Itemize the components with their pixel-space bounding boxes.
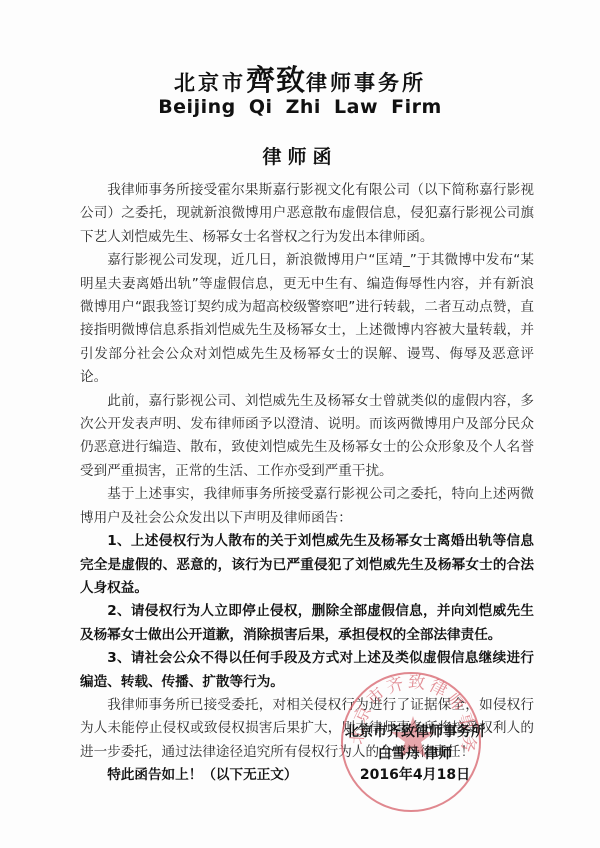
signature-firm: 北京市齐致律师事务所 [320, 722, 510, 744]
firm-name-en: Beijing Qi Zhi Law Firm [0, 96, 600, 118]
paragraph-statement-lead: 基于上述事实，我律师事务所接受嘉行影视公司之委托，特向上述两微博用户及社会公众发… [80, 483, 534, 530]
firm-name-cn: 北京市齊致律师事务所 [0, 58, 600, 99]
paragraph-facts: 嘉行影视公司发现，近几日，新浪微博用户“匡靖_”于其微博中发布“某明星夫妻离婚出… [80, 249, 534, 389]
paragraph-background: 此前，嘉行影视公司、刘恺威先生及杨幂女士曾就类似的虚假内容，多次公开发表声明、发… [80, 390, 534, 484]
signature-block: 北京市齐致律师事务所 白雪丹 律师 2016年4月18日 [320, 722, 510, 787]
demand-item-1: 1、上述侵权行为人散布的关于刘恺威先生及杨幂女士离婚出轨等信息完全是虚假的、恶意… [80, 530, 534, 600]
demand-item-2: 2、请侵权行为人立即停止侵权，删除全部虚假信息，并向刘恺威先生及杨幂女士做出公开… [80, 600, 534, 647]
legal-letter-page: 北京市齊致律师事务所 Beijing Qi Zhi Law Firm 律师函 我… [0, 0, 600, 848]
paragraph-intro: 我律师事务所接受霍尔果斯嘉行影视文化有限公司（以下简称嘉行影视公司）之委托，现就… [80, 179, 534, 249]
firm-name-prefix: 北京市 [174, 71, 246, 95]
signature-lawyer: 白雪丹 律师 [320, 744, 510, 766]
firm-name-emphasis: 齊致 [246, 63, 306, 97]
signature-date: 2016年4月18日 [320, 765, 510, 787]
document-title: 律师函 [0, 142, 600, 169]
firm-name-suffix: 律师事务所 [306, 71, 426, 95]
